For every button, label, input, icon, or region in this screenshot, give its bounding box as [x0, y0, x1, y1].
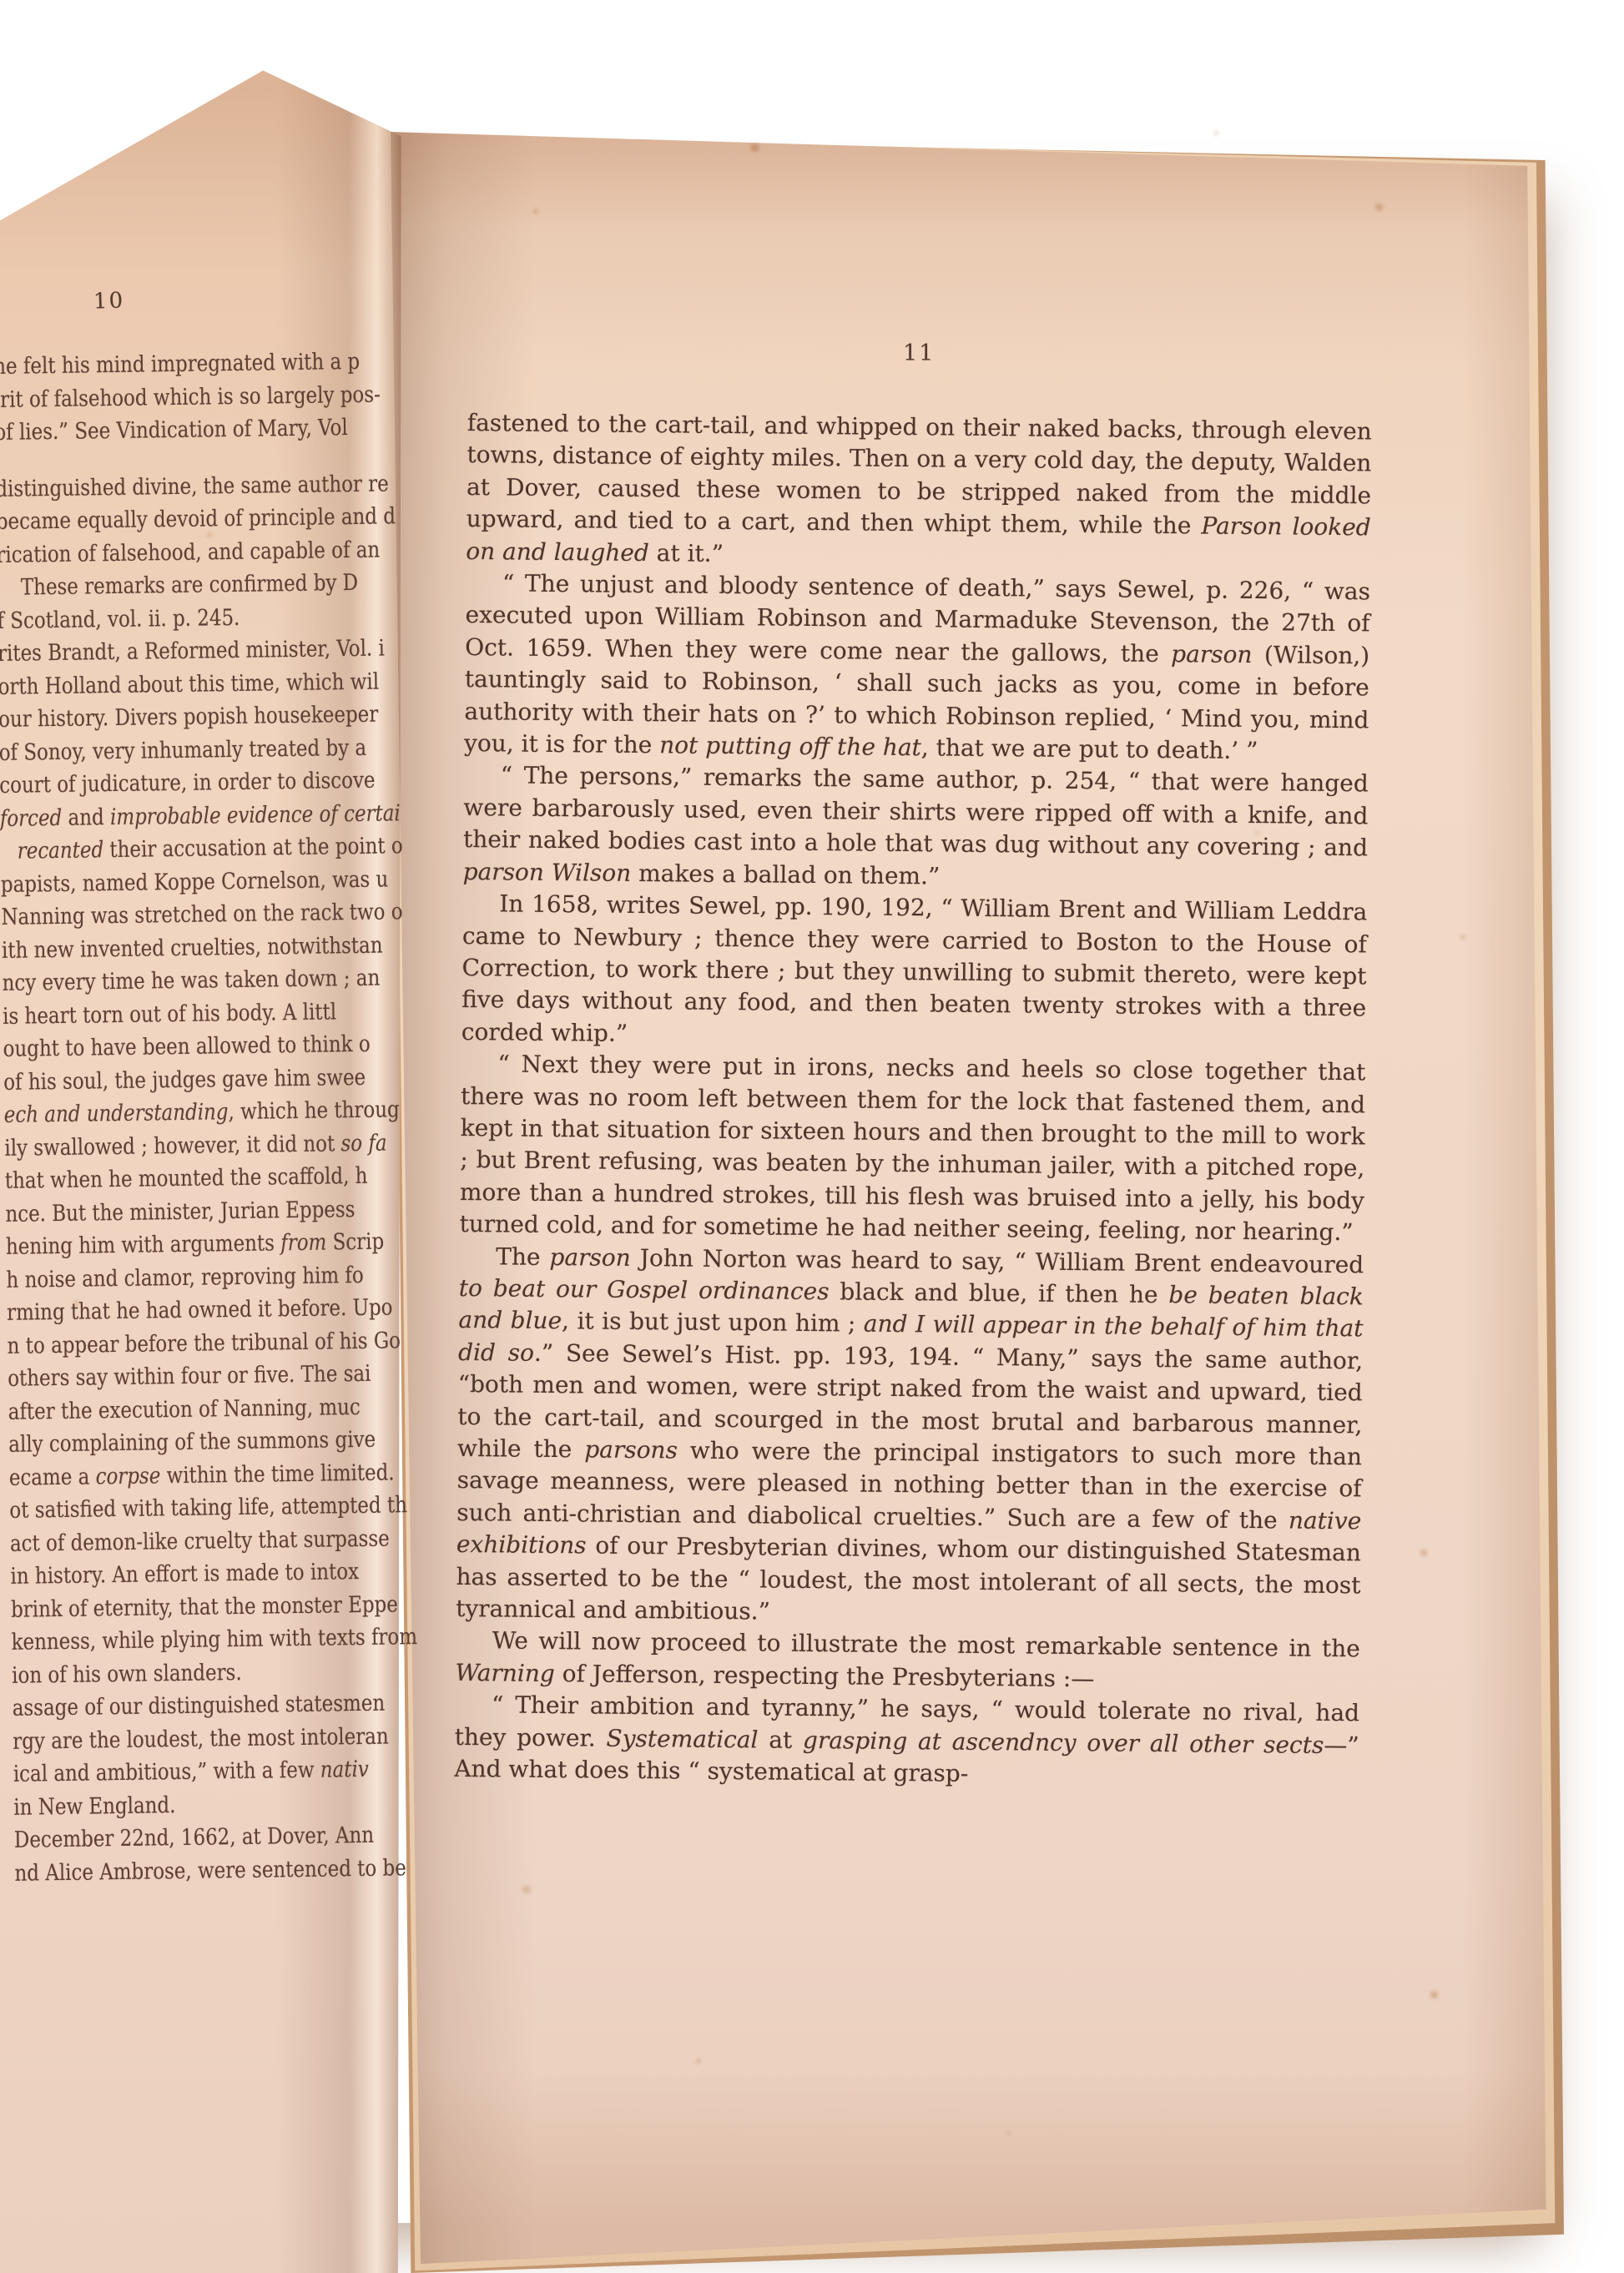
paragraph: fastened to the cart-tail, and whipped o…	[466, 407, 1372, 576]
text-segment: f Scotland, vol. ii. p. 245.	[0, 604, 240, 633]
paragraph: “ Their ambition and tyranny,” he says, …	[454, 1689, 1359, 1794]
text-line: became equally devoid of principle and d	[0, 499, 464, 538]
text-segment: We will now proceed to illustrate the mo…	[492, 1627, 1360, 1663]
text-segment: , which he throug	[228, 1096, 400, 1125]
text-segment: papists, named Koppe Cornelson, was u	[1, 866, 389, 897]
paragraph: “ The persons,” remarks the same author,…	[462, 759, 1368, 896]
text-segment: distinguished divine, the same author re	[0, 471, 389, 502]
text-segment: These remarks are confirmed by D	[21, 570, 359, 601]
right-page-number: 11	[903, 340, 935, 366]
text-segment: h noise and clamor, reproving him fo	[6, 1262, 364, 1293]
text-segment: ot satisfied with taking life, attempted…	[9, 1492, 407, 1524]
text-segment: ion of his own slanders.	[12, 1660, 242, 1689]
text-segment: black and blue, if then he	[829, 1278, 1168, 1308]
text-line: Nanning was stretched on the rack two o	[1, 895, 469, 934]
text-segment: ought to have been allowed to think o	[3, 1031, 370, 1062]
text-segment: December 22nd, 1662, at Dover, Ann	[14, 1822, 375, 1853]
text-line: of lies.” See Vindication of Mary, Vol	[0, 410, 463, 449]
text-segment: of lies.” See Vindication of Mary, Vol	[0, 415, 348, 446]
left-page-text: he felt his mind impregnated with a piri…	[0, 344, 483, 1890]
text-segment: “ Next they were put in irons, necks and…	[459, 1051, 1365, 1247]
text-segment: n to appear before the tribunal of his G…	[7, 1328, 401, 1359]
foxing-spot	[1375, 204, 1383, 211]
text-segment: at it.”	[649, 539, 724, 567]
text-segment: makes a ballad on them.”	[631, 859, 940, 890]
text-segment: of Jefferson, respecting the Presbyteria…	[555, 1660, 1095, 1692]
paragraph: “ The unjust and bloody sentence of deat…	[464, 567, 1370, 769]
text-segment: brink of eternity, that the monster Eppe	[11, 1591, 398, 1622]
right-page-text: fastened to the cart-tail, and whipped o…	[454, 407, 1372, 1794]
text-segment: The	[496, 1242, 550, 1271]
text-segment: in New England.	[13, 1792, 175, 1821]
italic-text-segment: parson	[549, 1243, 631, 1272]
text-segment: orth Holland about this time, which wil	[0, 668, 379, 699]
text-segment: rming that he had owned it before. Upo	[7, 1294, 393, 1325]
text-segment: ecame a	[9, 1464, 96, 1490]
paragraph: We will now proceed to illustrate the mo…	[455, 1625, 1360, 1697]
italic-text-segment: parsons	[584, 1435, 678, 1464]
text-segment: he felt his mind impregnated with a p	[0, 349, 360, 380]
text-segment: within the time limited.	[160, 1459, 395, 1489]
text-segment: and	[62, 804, 110, 831]
text-segment: rication of falsehood, and capable of an	[0, 537, 380, 567]
text-segment: John Norton was heard to say, “ William …	[631, 1243, 1364, 1278]
italic-text-segment: Warning	[455, 1659, 555, 1687]
text-segment: of his soul, the judges gave him swee	[3, 1064, 366, 1095]
text-segment: Nanning was stretched on the rack two o	[1, 899, 402, 930]
text-segment: ical and ambitious,” with a few	[13, 1757, 320, 1787]
left-page-number: 10	[93, 288, 124, 314]
text-segment: their accusation at the point o	[103, 833, 403, 863]
text-segment: , that we are put to death.’ ”	[921, 733, 1258, 764]
text-segment: ith new invented cruelties, notwithstan	[2, 932, 383, 963]
foxing-spot	[750, 144, 759, 152]
italic-text-segment: ech and understanding	[4, 1099, 229, 1128]
italic-text-segment: nativ	[320, 1756, 369, 1783]
italic-text-segment: improbable evidence of certai	[110, 800, 401, 830]
paragraph: In 1658, writes Sewel, pp. 190, 192, “ W…	[461, 888, 1368, 1056]
paragraph: “ Next they were put in irons, necks and…	[459, 1048, 1365, 1249]
text-segment: hening him with arguments	[6, 1230, 281, 1260]
text-segment: ily swallowed ; however, it did not	[4, 1131, 341, 1162]
text-segment: kenness, while plying him with texts fro…	[11, 1624, 417, 1656]
text-segment: in history. An effort is made to intox	[10, 1559, 359, 1590]
text-segment: act of demon-like cruelty that surpasse	[10, 1525, 390, 1556]
italic-text-segment: forced	[0, 804, 62, 831]
italic-text-segment: so fa	[340, 1130, 387, 1157]
paragraph: The parson John Norton was heard to say,…	[456, 1241, 1364, 1634]
foxing-spot	[73, 1300, 79, 1306]
italic-text-segment: grasping at ascendncy over all other sec…	[803, 1726, 1324, 1759]
italic-text-segment: parson	[1171, 640, 1253, 668]
text-segment: of Sonoy, very inhumanly treated by a	[0, 734, 366, 765]
italic-text-segment: not putting off the hat	[659, 731, 921, 761]
text-segment: that when he mounted the scaffold, h	[5, 1163, 368, 1194]
text-segment: , it is but just upon him ;	[562, 1308, 864, 1338]
italic-text-segment: to beat our Gospel ordinances	[459, 1274, 830, 1305]
text-segment: rites Brandt, a Reformed minister, Vol. …	[0, 635, 385, 666]
text-line: nd Alice Ambrose, were sentenced to be	[14, 1850, 482, 1889]
text-segment: at	[758, 1726, 803, 1754]
text-segment: nce. But the minister, Jurian Eppess	[5, 1197, 355, 1227]
italic-text-segment: Systematical	[606, 1724, 758, 1753]
foxing-spot	[207, 532, 212, 537]
italic-text-segment: from	[280, 1230, 326, 1257]
foxing-spot	[1006, 2131, 1011, 2135]
text-segment: nd Alice Ambrose, were sentenced to be	[14, 1855, 406, 1887]
text-segment: court of judicature, in order to discove	[0, 768, 376, 799]
text-line: recanted their accusation at the point o	[0, 829, 468, 868]
foxing-spot	[1430, 1991, 1438, 1998]
italic-text-segment: corpse	[95, 1463, 160, 1489]
text-line: kenness, while plying him with texts fro…	[11, 1620, 479, 1659]
foxing-spot	[1214, 131, 1218, 135]
text-segment: of our Presbyterian divines, whom our di…	[456, 1532, 1361, 1625]
foxing-spot	[1460, 935, 1465, 940]
text-segment: ncy every time he was taken down ; an	[2, 965, 380, 996]
foxing-spot	[1255, 831, 1259, 835]
italic-text-segment: recanted	[18, 837, 104, 864]
text-segment: others say within four or five. The sai	[8, 1361, 371, 1392]
text-segment: Scrip	[326, 1229, 384, 1256]
text-segment: In 1658, writes Sewel, pp. 190, 192, “ W…	[461, 890, 1368, 1046]
text-segment: after the execution of Nanning, muc	[8, 1394, 361, 1424]
text-segment: became equally devoid of principle and d	[0, 503, 396, 535]
foxing-spot	[696, 2059, 701, 2064]
text-segment: assage of our distinguished statesmen	[13, 1691, 386, 1721]
foxing-spot	[522, 1886, 531, 1893]
text-segment: “ The persons,” remarks the same author,…	[463, 762, 1369, 862]
foxing-spot	[533, 209, 538, 214]
book-photograph: 10 11 he felt his mind impregnated with …	[0, 0, 1624, 2273]
text-segment: our history. Divers popish housekeeper	[0, 702, 378, 733]
text-segment: rgy are the loudest, the most intoleran	[13, 1723, 389, 1754]
italic-text-segment: parson Wilson	[463, 858, 632, 887]
foxing-spot	[1420, 1550, 1427, 1556]
text-segment: irit of falsehood which is so largely po…	[0, 381, 381, 412]
text-segment: ally complaining of the summons give	[8, 1427, 376, 1458]
text-segment: is heart torn out of his body. A littl	[3, 999, 336, 1030]
